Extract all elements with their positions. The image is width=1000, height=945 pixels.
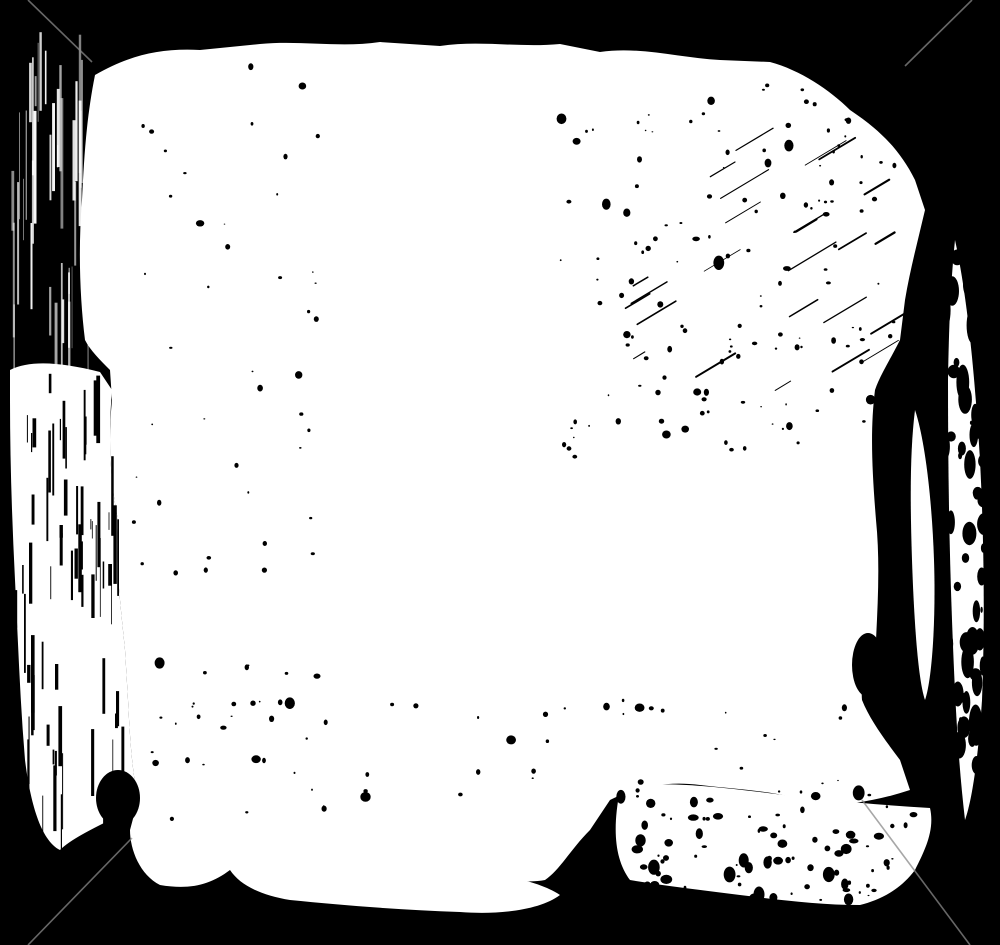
left-ink-blob	[96, 770, 140, 826]
white-center-area	[80, 42, 925, 887]
grunge-frame-image: Grunge frame	[0, 0, 1000, 945]
grunge-frame-canvas	[0, 0, 1000, 945]
right-ink-blob	[852, 633, 884, 697]
